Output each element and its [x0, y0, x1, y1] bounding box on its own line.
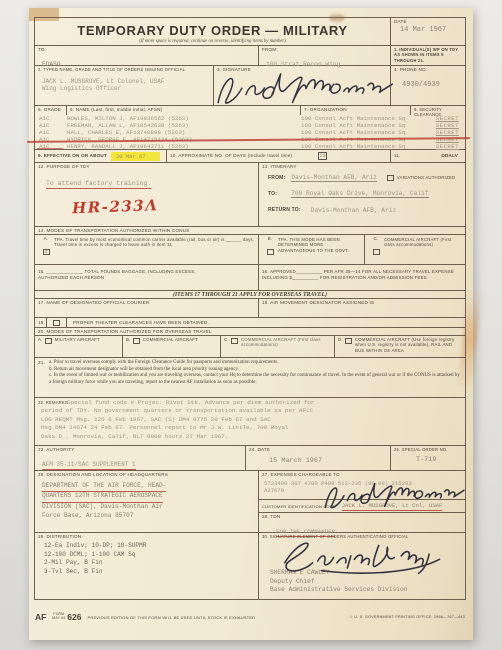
- item18-label: 18. AIR MOVEMENT DESIGNATOR ASSIGNED IS: [262, 300, 462, 306]
- item21-number: 21.: [38, 360, 45, 366]
- red-underline-mark: [37, 148, 63, 149]
- item11-label: 11.: [394, 153, 401, 159]
- item15-text: 15. ______________ TOTAL POUNDS BAGGAGE,…: [38, 266, 218, 280]
- overseas-band: (ITEMS 17 THROUGH 21 APPLY FOR OVERSEAS …: [35, 291, 465, 299]
- item1-cell: 1. INDIVIDUAL(S) WP ON TDY AS SHOWN IN I…: [391, 46, 465, 65]
- overseas-mode-a: A. MILITARY AIRCRAFT: [35, 336, 123, 357]
- item11-ddalv: DDALV: [442, 153, 462, 159]
- itinerary-to-line: TO: 700 Royal Oaks Drive, Monrovia, Cali…: [268, 190, 462, 198]
- remarks-line: period of TDY. No government quarters or…: [41, 407, 314, 415]
- itinerary-from-line: FROM: Davis-Monthan AFB, Ariz VARIATIONS…: [268, 174, 462, 182]
- item14-header: 14. MODES OF TRANSPORTATION AUTHORIZED W…: [35, 228, 190, 234]
- variations-checkbox: [387, 175, 394, 181]
- os-b-text: COMMERCIAL AIRCRAFT: [143, 337, 217, 356]
- days-value-box: 23: [318, 152, 327, 160]
- item24-label: 24. DATE: [249, 447, 387, 453]
- os-c-number: C.: [224, 337, 229, 356]
- roster-row: A1C HENRY, RANDALL J, AF19643711 (5263) …: [35, 143, 465, 150]
- conus-header-band: 14. MODES OF TRANSPORTATION AUTHORIZED W…: [35, 227, 465, 235]
- hq-expenses-row: 26. DESIGNATION AND LOCATION OF HEADQUAR…: [35, 471, 465, 533]
- hq-line: DEPARTMENT OF THE AIR FORCE, HEAD-: [42, 482, 166, 493]
- roster-row: A1C BOWLES, MILTON J, AF19836562 (5263) …: [35, 115, 465, 122]
- to-field: TO: EDASO: [35, 46, 259, 65]
- conus-c-checkbox: [373, 249, 380, 255]
- courier-row: 17. NAME OF DESIGNATED OFFICIAL COURIER …: [35, 299, 465, 318]
- itinerary-return-line: RETURN TO: Davis-Monthan AFB, Ariz: [268, 207, 462, 214]
- conus-a-checkbox: X: [43, 249, 50, 255]
- purpose-itinerary-row: 12. PURPOSE OF TDY To attend factory tra…: [35, 163, 465, 227]
- form-date: MAY 64: [52, 616, 65, 620]
- musgrove-signature: [207, 61, 397, 111]
- distribution-line: 3-Tvl Sec, B Fin: [44, 568, 255, 577]
- item11-field: 11. DDALV: [391, 150, 465, 162]
- effective-date-highlighted: 20 Mar 67: [111, 152, 160, 161]
- item22-label: 22. REMARKS: [38, 400, 68, 405]
- conus-b-checkbox: [267, 249, 274, 255]
- expenses-tdn-cell: 27. EXPENSES CHARGEABLE TO 5723400 307 4…: [259, 471, 465, 532]
- form-subtitle: (If more space is required, continue on …: [38, 39, 387, 44]
- remarks-line: Oaks D., Monrovia, Calif, NLT 0800 hours…: [41, 433, 314, 441]
- date-cell: DATE 14 Mar 1967: [391, 18, 465, 45]
- itinerary-return-label: RETURN TO:: [268, 207, 301, 213]
- scanned-document-page: { "header": { "title": "TEMPORARY DUTY O…: [0, 0, 502, 650]
- os-d-text: COMMERCIAL AIRCRAFT (Use foreign registr…: [355, 337, 462, 356]
- authenticating-title1: Deputy Chief: [270, 578, 462, 586]
- item16-text: 16. APPROVED__________ PER AFR 35—14 FOR…: [262, 266, 462, 280]
- issuing-official-row: 2. TYPED NAME, GRADE AND TITLE OF ORDERS…: [35, 66, 465, 106]
- expenses-field: 27. EXPENSES CHARGEABLE TO 5723400 307 4…: [259, 471, 465, 499]
- headquarters-field: 26. DESIGNATION AND LOCATION OF HEADQUAR…: [35, 471, 259, 532]
- remarks-line: Msg DM4 14074 24 Feb 67. Personnel repor…: [41, 424, 314, 432]
- special-order-field: 25. SPECIAL ORDER NO. T-719: [391, 446, 465, 470]
- itinerary-to-value: 700 Royal Oaks Drive, Monrovia, Calif: [291, 190, 428, 198]
- hq-line: Force Base, Arizona 85707: [42, 512, 133, 519]
- distribution-field: 29. DISTRIBUTION 12-Ea Indiv; 10-DP; 10-…: [35, 533, 259, 599]
- overseas-mode-c: C. COMMERCIAL AIRCRAFT (First class acco…: [221, 336, 335, 357]
- effective-date-field: 9. EFFECTIVE ON OR ABOUT 20 Mar 67: [35, 150, 167, 162]
- purpose-value: To attend factory training.: [46, 180, 151, 189]
- conus-mode-a: A. X TPA. Travel time by most economical…: [35, 235, 259, 264]
- date-value: 14 Mar 1967: [400, 26, 462, 34]
- roster-name: BOWLES, MILTON J, AF19836562 (5263): [67, 115, 301, 122]
- os-b-number: B.: [126, 337, 131, 356]
- overseas-modes-row: A. MILITARY AIRCRAFT B. COMMERCIAL AIRCR…: [35, 336, 465, 358]
- roster-org: 100 Consol Acft Maintenance Sq: [301, 143, 411, 150]
- conus-c-number: C.: [368, 236, 384, 242]
- form-footer: AF FORM MAY 64 626 PREVIOUS EDITION OF T…: [35, 612, 467, 622]
- roster-org: 100 Consol Acft Maintenance Sq: [301, 115, 411, 122]
- issuing-name-line1: JACK L. MUSGROVE, Lt Colonel, USAF: [42, 78, 210, 85]
- air-movement-field: 18. AIR MOVEMENT DESIGNATOR ASSIGNED IS: [259, 299, 465, 317]
- authenticating-title2: Base Administrative Services Division: [270, 586, 462, 594]
- authority-value: AFM 35-11/SAC SUPPLEMENT 1: [42, 461, 136, 470]
- remarks-line: Special fund code # Projec. Rivet Stk. A…: [41, 399, 314, 407]
- item25-label: 25. SPECIAL ORDER NO.: [394, 447, 462, 452]
- overseas-mode-b: B. COMMERCIAL AIRCRAFT: [123, 336, 221, 357]
- item4-label: 4. PHONE NO.: [394, 67, 462, 73]
- remarks-line: LOG REQMT Msg. 125 6 Feb 1967, SAC (S) D…: [41, 416, 314, 424]
- os-c-checkbox: [231, 338, 238, 344]
- itinerary-to-label: TO:: [268, 191, 277, 197]
- phone-field: 4. PHONE NO. 4930/4939: [391, 66, 465, 105]
- roster-name: HALL, CHARLES E, AF13740898 (5263): [67, 129, 301, 136]
- roster-table: 5. GRADE 6. NAME (Last, first, middle in…: [35, 106, 465, 150]
- item2-label: 2. TYPED NAME, GRADE AND TITLE OF ORDERS…: [38, 67, 210, 72]
- item28-label: 28. TDN: [262, 514, 462, 520]
- theater-clearance-checkbox: [53, 320, 60, 326]
- clearance-header-cell: 8. SECURITY CLEARANCE: [411, 106, 465, 115]
- os-b-checkbox: [133, 338, 140, 344]
- from-label: FROM:: [262, 47, 387, 53]
- distribution-signature-row: 29. DISTRIBUTION 12-Ea Indiv; 10-DP; 10-…: [35, 533, 465, 599]
- item21-instructions: 21. a. Prior to travel overseas comply w…: [35, 358, 465, 398]
- roster-row: A1C HALL, CHARLES E, AF13740898 (5263) 1…: [35, 129, 465, 136]
- baggage-field: 15. ______________ TOTAL POUNDS BAGGAGE,…: [35, 265, 259, 290]
- item21-para-c: c. In the event of limited war or mobili…: [49, 373, 461, 386]
- variations-label: VARIATIONS AUTHORIZED: [397, 175, 455, 180]
- cawley-signature: [261, 535, 465, 575]
- itinerary-from-value: Davis-Monthan AFB, Ariz: [291, 174, 376, 182]
- remarks-section: 22. REMARKS Special fund code # Projec. …: [35, 398, 465, 446]
- overseas-mode-d: D. COMMERCIAL AIRCRAFT (Use foreign regi…: [335, 336, 465, 357]
- itinerary-field: 13. ITINERARY FROM: Davis-Monthan AFB, A…: [259, 163, 465, 226]
- os-d-number: D.: [338, 337, 343, 356]
- footer-notice: PREVIOUS EDITION OF THIS FORM WILL BE US…: [87, 615, 255, 620]
- roster-org: 100 Consol Acft Maintenance Sq: [301, 129, 411, 136]
- item19-checkbox-cell: [47, 318, 67, 327]
- os-c-text: COMMERCIAL AIRCRAFT (First class accommo…: [241, 337, 331, 356]
- special-order-value: T-719: [416, 456, 462, 464]
- days-field: 10. APPROXIMATE NO. OF DAYS (Include tra…: [167, 150, 391, 162]
- approval-field: 16. APPROVED__________ PER AFR 35—14 FOR…: [259, 265, 465, 290]
- org-header: 7. ORGANIZATION: [304, 107, 407, 113]
- roster-grade: A1C: [35, 122, 67, 129]
- signature-field: 3. SIGNATURE: [214, 66, 391, 105]
- roster-name: HENRY, RANDALL J, AF19643711 (5263): [67, 143, 301, 150]
- issuing-name-line2: Wing Logistics Officer: [42, 85, 210, 92]
- header-row: TEMPORARY DUTY ORDER — MILITARY (If more…: [35, 18, 465, 46]
- handwritten-hr-number: HR-233Λ: [72, 193, 256, 217]
- authority-field: 23. AUTHORITY AFM 35-11/SAC SUPPLEMENT 1: [35, 446, 246, 470]
- order-date-field: 24. DATE 15 March 1967: [246, 446, 391, 470]
- item29-label: 29. DISTRIBUTION: [38, 534, 255, 540]
- os-a-checkbox: [45, 338, 52, 344]
- theater-clearance-row: 19. PROPER THEATER CLEARANCES HAVE BEEN …: [35, 318, 465, 328]
- conus-b-number: B.: [262, 236, 278, 242]
- roster-clearance: SECRET: [411, 115, 465, 122]
- purpose-field: 12. PURPOSE OF TDY To attend factory tra…: [35, 163, 259, 226]
- conus-modes-row: A. X TPA. Travel time by most economical…: [35, 235, 465, 265]
- authority-row: 23. AUTHORITY AFM 35-11/SAC SUPPLEMENT 1…: [35, 446, 465, 471]
- itinerary-from-label: FROM:: [268, 175, 285, 181]
- item10-label: 10. APPROXIMATE NO. OF DAYS (Include tra…: [170, 153, 292, 159]
- os-a-text: MILITARY AIRCRAFT: [55, 337, 119, 356]
- roster-org: 100 Consol Acft Maintenance Sq: [301, 122, 411, 129]
- roster-clearance: SECRET: [411, 143, 465, 150]
- conus-mode-b: B. TPA. THIS MODE HAS BEEN DETERMINED MO…: [259, 235, 365, 264]
- conus-mode-c: C. COMMERCIAL AIRCRAFT (First class acco…: [365, 235, 465, 264]
- af-form-626: TEMPORARY DUTY ORDER — MILITARY (If more…: [34, 17, 466, 600]
- tdn-field: 28. TDN FOR THE COMMANDER: [259, 512, 465, 533]
- form-number: 626: [67, 612, 81, 622]
- item9-label: 9. EFFECTIVE ON OR ABOUT: [38, 153, 107, 159]
- gpo-imprint: ☆ U. S. GOVERNMENT PRINTING OFFICE: 1966…: [349, 615, 465, 620]
- itinerary-return-value: Davis-Monthan AFB, Ariz: [311, 207, 396, 214]
- roster-name: FREEMAN, ALLAN L, AF18542639 (5263): [67, 122, 301, 129]
- hq-line: DIVISION (SAC), Davis-Monthan Air: [42, 503, 163, 510]
- item1-text: 1. INDIVIDUAL(S) WP ON TDY AS SHOWN IN I…: [394, 47, 462, 63]
- conus-c-text: COMMERCIAL AIRCRAFT (First class accommo…: [384, 236, 462, 263]
- grade-header-cell: 5. GRADE: [35, 106, 67, 115]
- baggage-approval-row: 15. ______________ TOTAL POUNDS BAGGAGE,…: [35, 265, 465, 291]
- grade-header: 5. GRADE: [38, 107, 63, 113]
- hq-line: QUARTERS 12TH STRATEGIC AEROSPACE: [42, 492, 163, 503]
- item13-label: 13. ITINERARY: [262, 164, 462, 170]
- item26-label: 26. DESIGNATION AND LOCATION OF HEADQUAR…: [38, 472, 255, 478]
- effective-row: 9. EFFECTIVE ON OR ABOUT 20 Mar 67 10. A…: [35, 150, 465, 163]
- scanned-paper: TEMPORARY DUTY ORDER — MILITARY (If more…: [29, 8, 473, 640]
- conus-a-text: TPA. Travel time by most economical comm…: [54, 236, 255, 263]
- org-header-cell: 7. ORGANIZATION: [301, 106, 411, 115]
- item19-number: 19.: [35, 318, 47, 327]
- form-title: TEMPORARY DUTY ORDER — MILITARY: [38, 23, 387, 38]
- to-label: TO:: [38, 47, 255, 53]
- order-date-value: 15 March 1967: [269, 457, 387, 465]
- os-d-checkbox: [345, 338, 352, 344]
- overseas-band-text: (ITEMS 17 THROUGH 21 APPLY FOR OVERSEAS …: [173, 292, 327, 298]
- issuing-official-field: 2. TYPED NAME, GRADE AND TITLE OF ORDERS…: [35, 66, 214, 105]
- conus-a-number: A.: [38, 236, 54, 242]
- roster-row: A1C FREEMAN, ALLAN L, AF18542639 (5263) …: [35, 122, 465, 129]
- conus-b-text: TPA. THIS MODE HAS BEEN DETERMINED MORE …: [278, 236, 361, 263]
- roster-grade: A1C: [35, 115, 67, 122]
- roster-clearance: SECRET: [411, 122, 465, 129]
- os-a-number: A.: [38, 337, 43, 356]
- af-mark: AF: [35, 612, 46, 622]
- item12-label: 12. PURPOSE OF TDY: [38, 164, 255, 170]
- overseas-modes-header-band: 20. MODES OF TRANSPORTATION AUTHORIZED F…: [35, 328, 465, 336]
- item20-header: 20. MODES OF TRANSPORTATION AUTHORIZED F…: [35, 329, 212, 335]
- roster-grade: A1C: [35, 129, 67, 136]
- item17-label: 17. NAME OF DESIGNATED OFFICIAL COURIER: [38, 300, 255, 306]
- phone-value: 4930/4939: [402, 81, 462, 89]
- roster-grade: A1C: [35, 143, 67, 150]
- distribution-line: 12-Ea Indiv; 10-DP; 10-SUPMR: [44, 542, 255, 551]
- address-row: TO: EDASO FROM: 100 Strat Recon Wing 1. …: [35, 46, 465, 66]
- item19-text: PROPER THEATER CLEARANCES HAVE BEEN OBTA…: [67, 318, 209, 327]
- distribution-line: 2-Mil Pay, B Fin: [44, 559, 255, 568]
- roster-clearance: SECRET: [411, 129, 465, 136]
- title-cell: TEMPORARY DUTY ORDER — MILITARY (If more…: [35, 18, 391, 45]
- item23-label: 23. AUTHORITY: [38, 447, 242, 453]
- authenticating-official-field: 30. SIGNATURE ELEMENT OF ORDERS AUTHENTI…: [259, 533, 465, 599]
- distribution-line: 12-100 DCML; 1-100 CAM Sq: [44, 551, 255, 560]
- courier-field: 17. NAME OF DESIGNATED OFFICIAL COURIER: [35, 299, 259, 317]
- date-label: DATE: [394, 19, 462, 25]
